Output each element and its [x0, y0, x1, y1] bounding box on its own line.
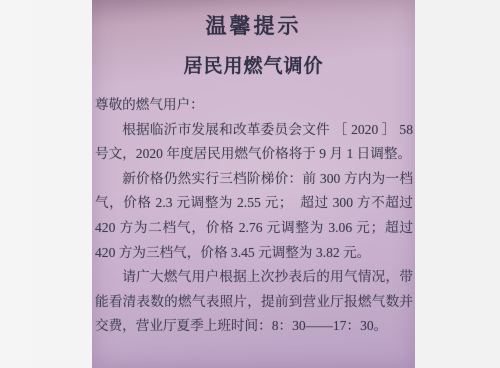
- notice-paragraph: 新价格仍然实行三档阶梯价：前 300 方内为一档气，价格 2.3 元调整为 2.…: [95, 167, 413, 265]
- notice-paper: 温馨提示 居民用燃气调价 尊敬的燃气用户： 根据临沂市发展和改革委员会文件 ［ …: [92, 0, 415, 368]
- notice-salutation: 尊敬的燃气用户：: [95, 93, 413, 118]
- notice-title: 温馨提示: [94, 10, 413, 40]
- notice-body: 尊敬的燃气用户： 根据临沂市发展和改革委员会文件 ［ 2020 ］ 58 号文，…: [95, 93, 413, 339]
- notice-paragraph: 根据临沂市发展和改革委员会文件 ［ 2020 ］ 58 号文，2020 年度居民…: [95, 118, 413, 167]
- notice-paragraphs: 根据临沂市发展和改革委员会文件 ［ 2020 ］ 58 号文，2020 年度居民…: [95, 118, 413, 339]
- notice-paragraph: 请广大燃气用户根据上次抄表后的用气情况，带能看清表数的燃气表照片，提前到营业厅报…: [95, 265, 413, 339]
- notice-subtitle: 居民用燃气调价: [94, 51, 413, 78]
